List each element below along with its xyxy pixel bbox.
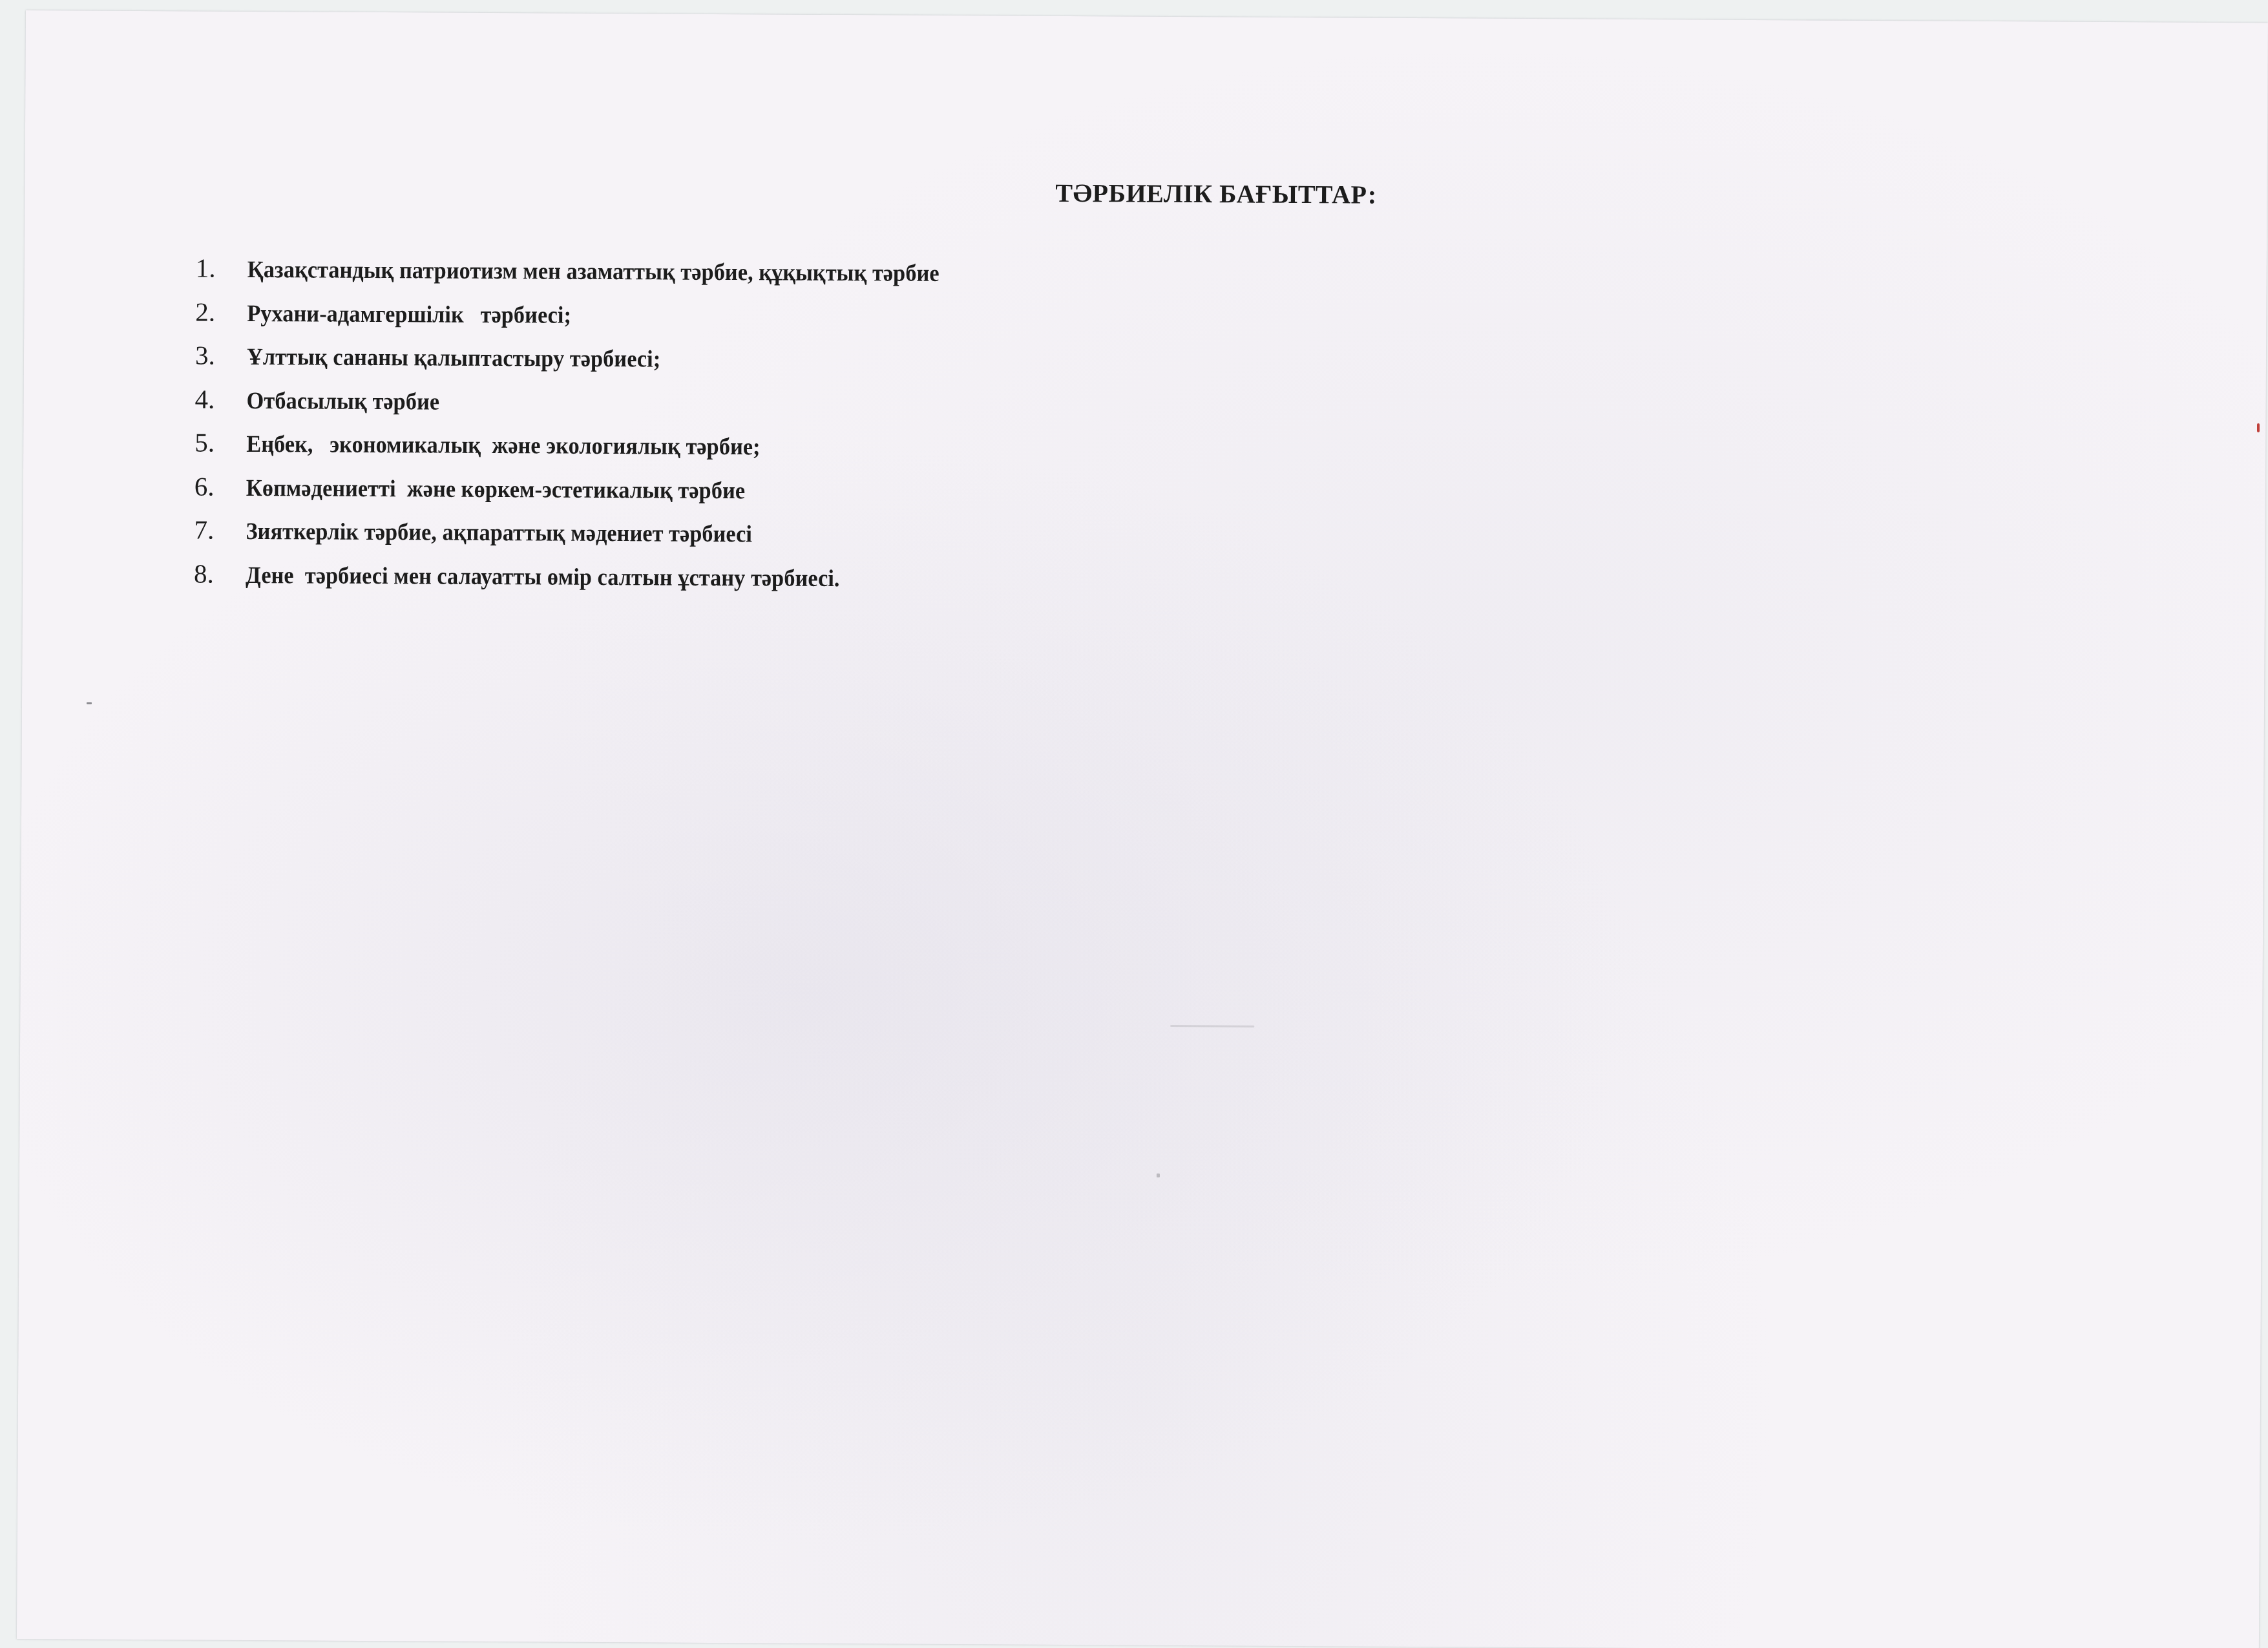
list-item-number: 1. [196, 252, 247, 283]
list-item: 5. Еңбек, экономикалық және экологиялық … [194, 427, 991, 474]
list-item-text: Дене тәрбиесі мен салауатты өмір салтын … [246, 561, 840, 592]
list-item-number: 5. [194, 427, 246, 458]
list-item-text: Қазақстандық патриотизм мен азаматтық тә… [247, 256, 940, 288]
list-item-text: Рухани-адамгершілік тәрбиесі; [247, 299, 571, 329]
education-directions-list: 1. Қазақстандық патриотизм мен азаматтық… [194, 252, 991, 606]
list-item-number: 2. [195, 296, 247, 327]
list-item-text: Еңбек, экономикалық және экологиялық тәр… [246, 430, 761, 461]
list-item-number: 6. [194, 470, 246, 502]
list-item: 2. Рухани-адамгершілік тәрбиесі; [195, 296, 991, 344]
scan-speck [1157, 1174, 1160, 1178]
list-item: 8. Дене тәрбиесі мен салауатты өмір салт… [194, 558, 990, 606]
list-item-number: 4. [195, 383, 247, 414]
list-item-number: 8. [194, 558, 246, 589]
list-item: 4. Отбасылық тәрбие [194, 383, 991, 431]
list-item-number: 7. [194, 514, 246, 545]
list-item: 1. Қазақстандық патриотизм мен азаматтық… [196, 252, 992, 300]
scan-speck [1170, 1025, 1254, 1028]
list-item-text: Отбасылық тәрбие [247, 386, 440, 416]
page-title: ТӘРБИЕЛІК БАҒЫТТАР: [1055, 178, 1377, 210]
list-item-number: 3. [195, 339, 247, 370]
list-item-text: Ұлттық сананы қалыптастыру тәрбиесі; [247, 343, 660, 374]
list-item: 6. Көпмәдениетті және көркем-эстетикалық… [194, 470, 991, 518]
list-item: 3. Ұлттық сананы қалыптастыру тәрбиесі; [195, 339, 991, 387]
red-ink-mark [2257, 423, 2260, 432]
scanned-page: ТӘРБИЕЛІК БАҒЫТТАР: 1. Қазақстандық патр… [17, 10, 2268, 1648]
scan-speck [87, 703, 92, 704]
list-item-text: Көпмәдениетті және көркем-эстетикалық тә… [246, 474, 745, 504]
list-item-text: Зияткерлік тәрбие, ақпараттық мәдениет т… [246, 518, 752, 548]
list-item: 7. Зияткерлік тәрбие, ақпараттық мәдение… [194, 514, 990, 562]
